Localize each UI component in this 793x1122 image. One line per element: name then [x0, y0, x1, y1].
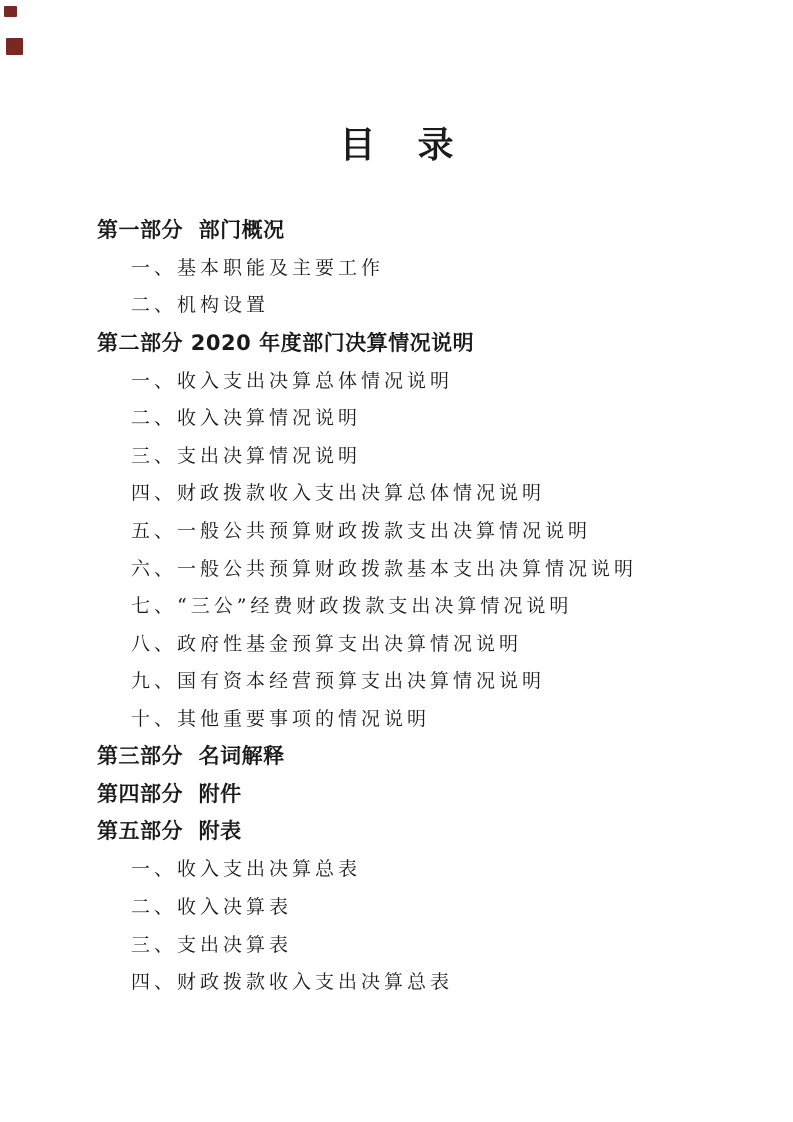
toc-entry: 八、政府性基金预算支出决算情况说明	[0, 624, 793, 662]
toc-section-heading: 第四部分 附件	[0, 774, 793, 812]
toc-entry: 三、支出决算情况说明	[0, 436, 793, 474]
toc-entry: 二、收入决算情况说明	[0, 398, 793, 436]
toc-entry: 四、财政拨款收入支出决算总体情况说明	[0, 473, 793, 511]
document-page: 目 录 第一部分 部门概况一、基本职能及主要工作二、机构设置第二部分 2020 …	[0, 0, 793, 1122]
red-stamp-mark	[6, 38, 23, 55]
page-title: 目 录	[0, 124, 793, 167]
toc-entry: 二、机构设置	[0, 285, 793, 323]
toc-entry: 七、“三公”经费财政拨款支出决算情况说明	[0, 586, 793, 624]
toc-entry: 四、财政拨款收入支出决算总表	[0, 962, 793, 1000]
toc-entry: 一、收入支出决算总体情况说明	[0, 360, 793, 398]
toc-entry: 十、其他重要事项的情况说明	[0, 699, 793, 737]
toc-section-heading: 第三部分 名词解释	[0, 736, 793, 774]
toc-section-heading: 第一部分 部门概况	[0, 210, 793, 248]
toc-entry: 一、基本职能及主要工作	[0, 248, 793, 286]
toc-section-heading: 第二部分 2020 年度部门决算情况说明	[0, 323, 793, 361]
toc-entry: 三、支出决算表	[0, 924, 793, 962]
toc-entry: 九、国有资本经营预算支出决算情况说明	[0, 661, 793, 699]
toc-section-heading: 第五部分 附表	[0, 812, 793, 850]
toc-entry: 五、一般公共预算财政拨款支出决算情况说明	[0, 511, 793, 549]
toc-entry: 六、一般公共预算财政拨款基本支出决算情况说明	[0, 548, 793, 586]
table-of-contents: 第一部分 部门概况一、基本职能及主要工作二、机构设置第二部分 2020 年度部门…	[0, 210, 793, 999]
toc-entry: 二、收入决算表	[0, 887, 793, 925]
page-title-char-right: 录	[418, 124, 454, 167]
page-title-char-left: 目	[339, 124, 375, 167]
red-stamp-mark	[4, 6, 17, 17]
toc-entry: 一、收入支出决算总表	[0, 849, 793, 887]
